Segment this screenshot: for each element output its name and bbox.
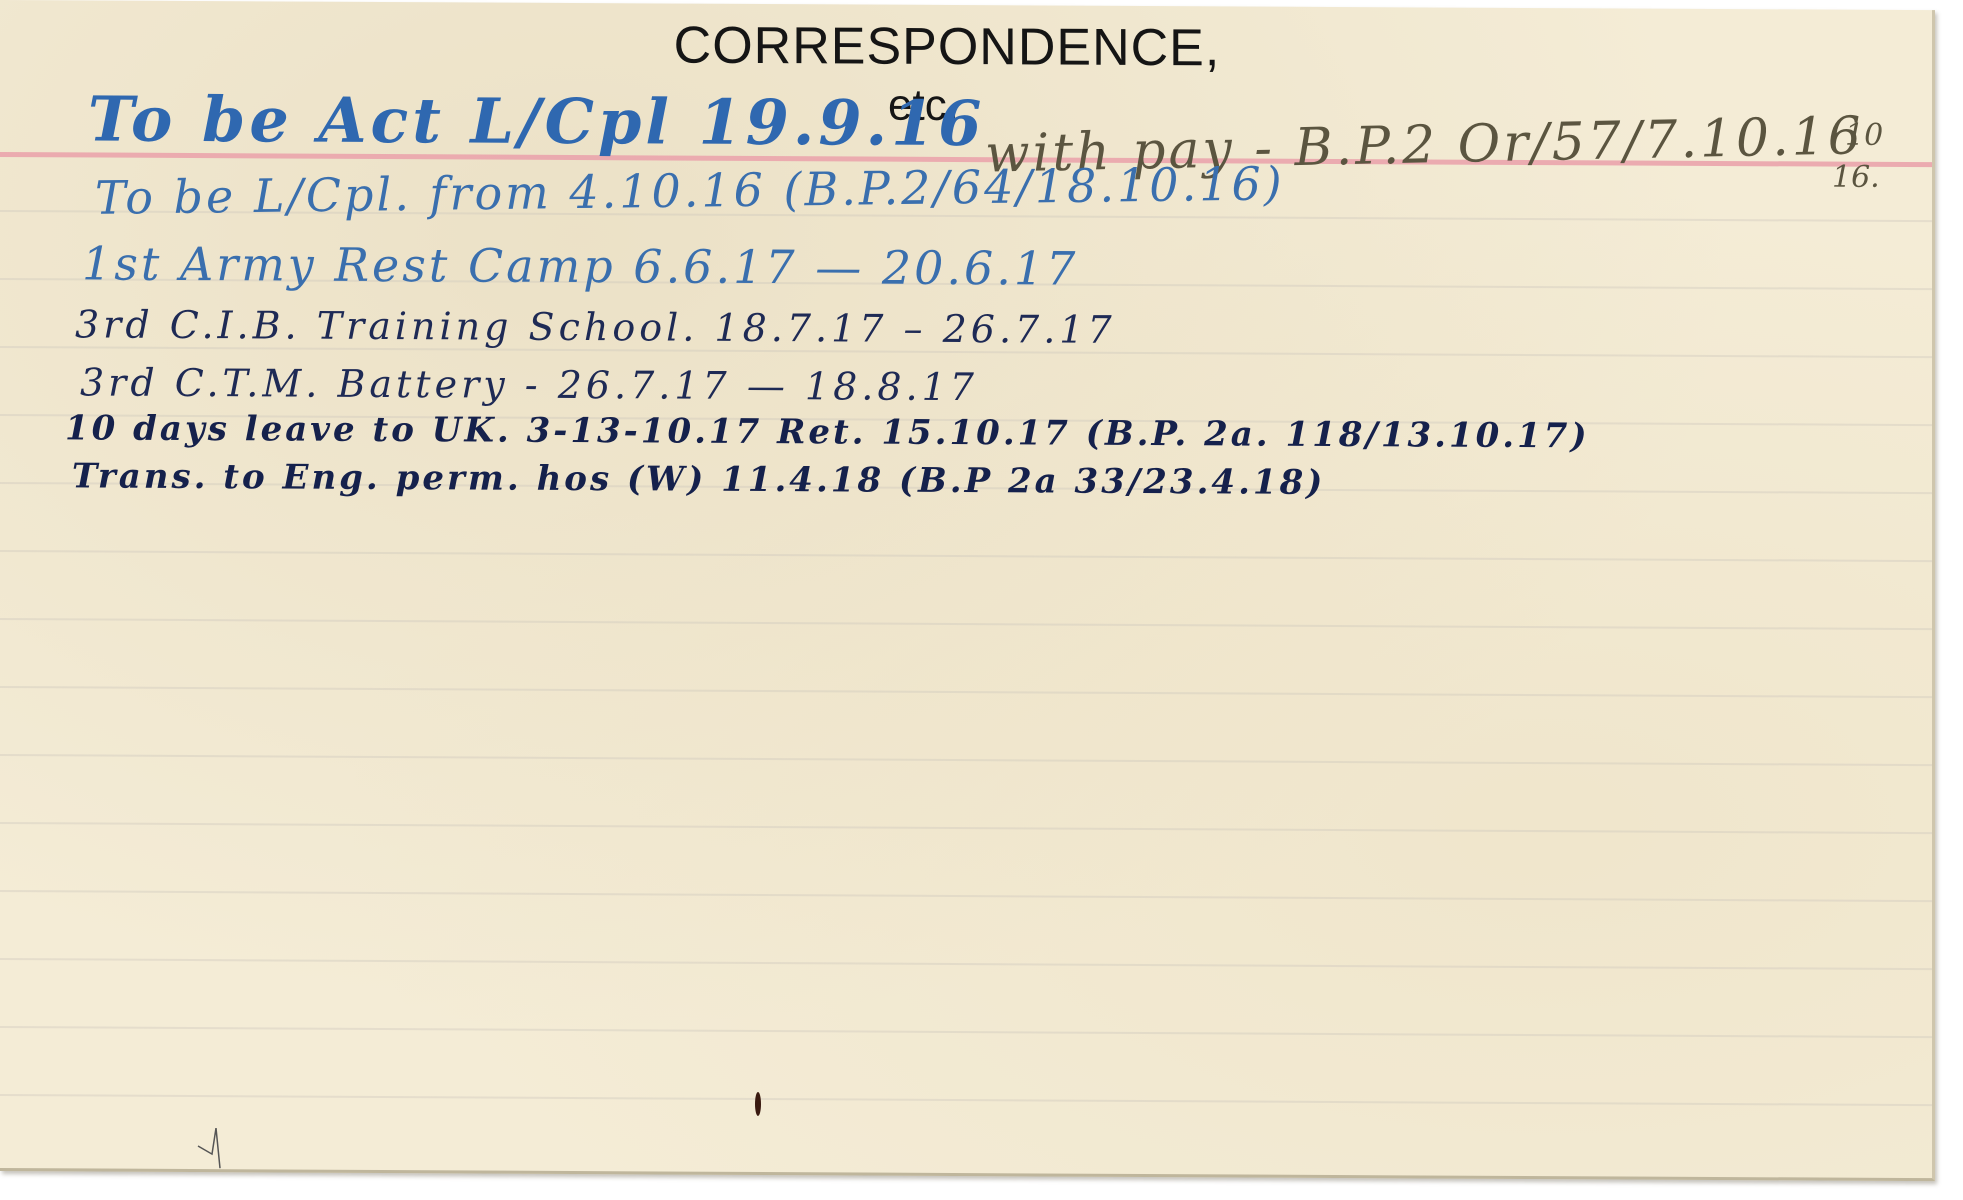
ruled-line	[0, 822, 1932, 834]
entry-training-school: 3rd C.I.B. Training School. 18.7.17 – 26…	[75, 302, 1116, 351]
fraction-top: 10	[1845, 118, 1883, 153]
card-heading: CORRESPONDENCE,	[612, 15, 1282, 79]
ruled-line	[0, 958, 1932, 970]
ruled-line	[0, 618, 1932, 630]
entry-acting-lcpl: To be Act L/Cpl 19.9.16	[88, 82, 985, 160]
fraction-bottom: 16.	[1832, 160, 1880, 195]
entry-transfer-england: Trans. to Eng. perm. hos (W) 11.4.18 (B.…	[72, 456, 1325, 503]
entry-ctm-battery: 3rd C.T.M. Battery - 26.7.17 — 18.8.17	[80, 360, 978, 409]
entry-leave-uk: 10 days leave to UK. 3-13-10.17 Ret. 15.…	[65, 408, 1590, 456]
pencil-tick-mark	[190, 1126, 240, 1171]
ruled-line	[0, 754, 1932, 766]
entry-lcpl: To be L/Cpl. from 4.10.16 (B.P.2/64/18.1…	[95, 156, 1285, 225]
record-card: CORRESPONDENCE, etc. To be Act L/Cpl 19.…	[0, 0, 1935, 1181]
ruled-line	[0, 550, 1932, 562]
ruled-line	[0, 1094, 1932, 1106]
ruled-line	[0, 686, 1932, 698]
entry-army-rest-camp: 1st Army Rest Camp 6.6.17 — 20.6.17	[82, 236, 1078, 295]
ruled-line	[0, 1026, 1932, 1038]
ink-blot	[755, 1092, 761, 1116]
ruled-line	[0, 890, 1932, 902]
